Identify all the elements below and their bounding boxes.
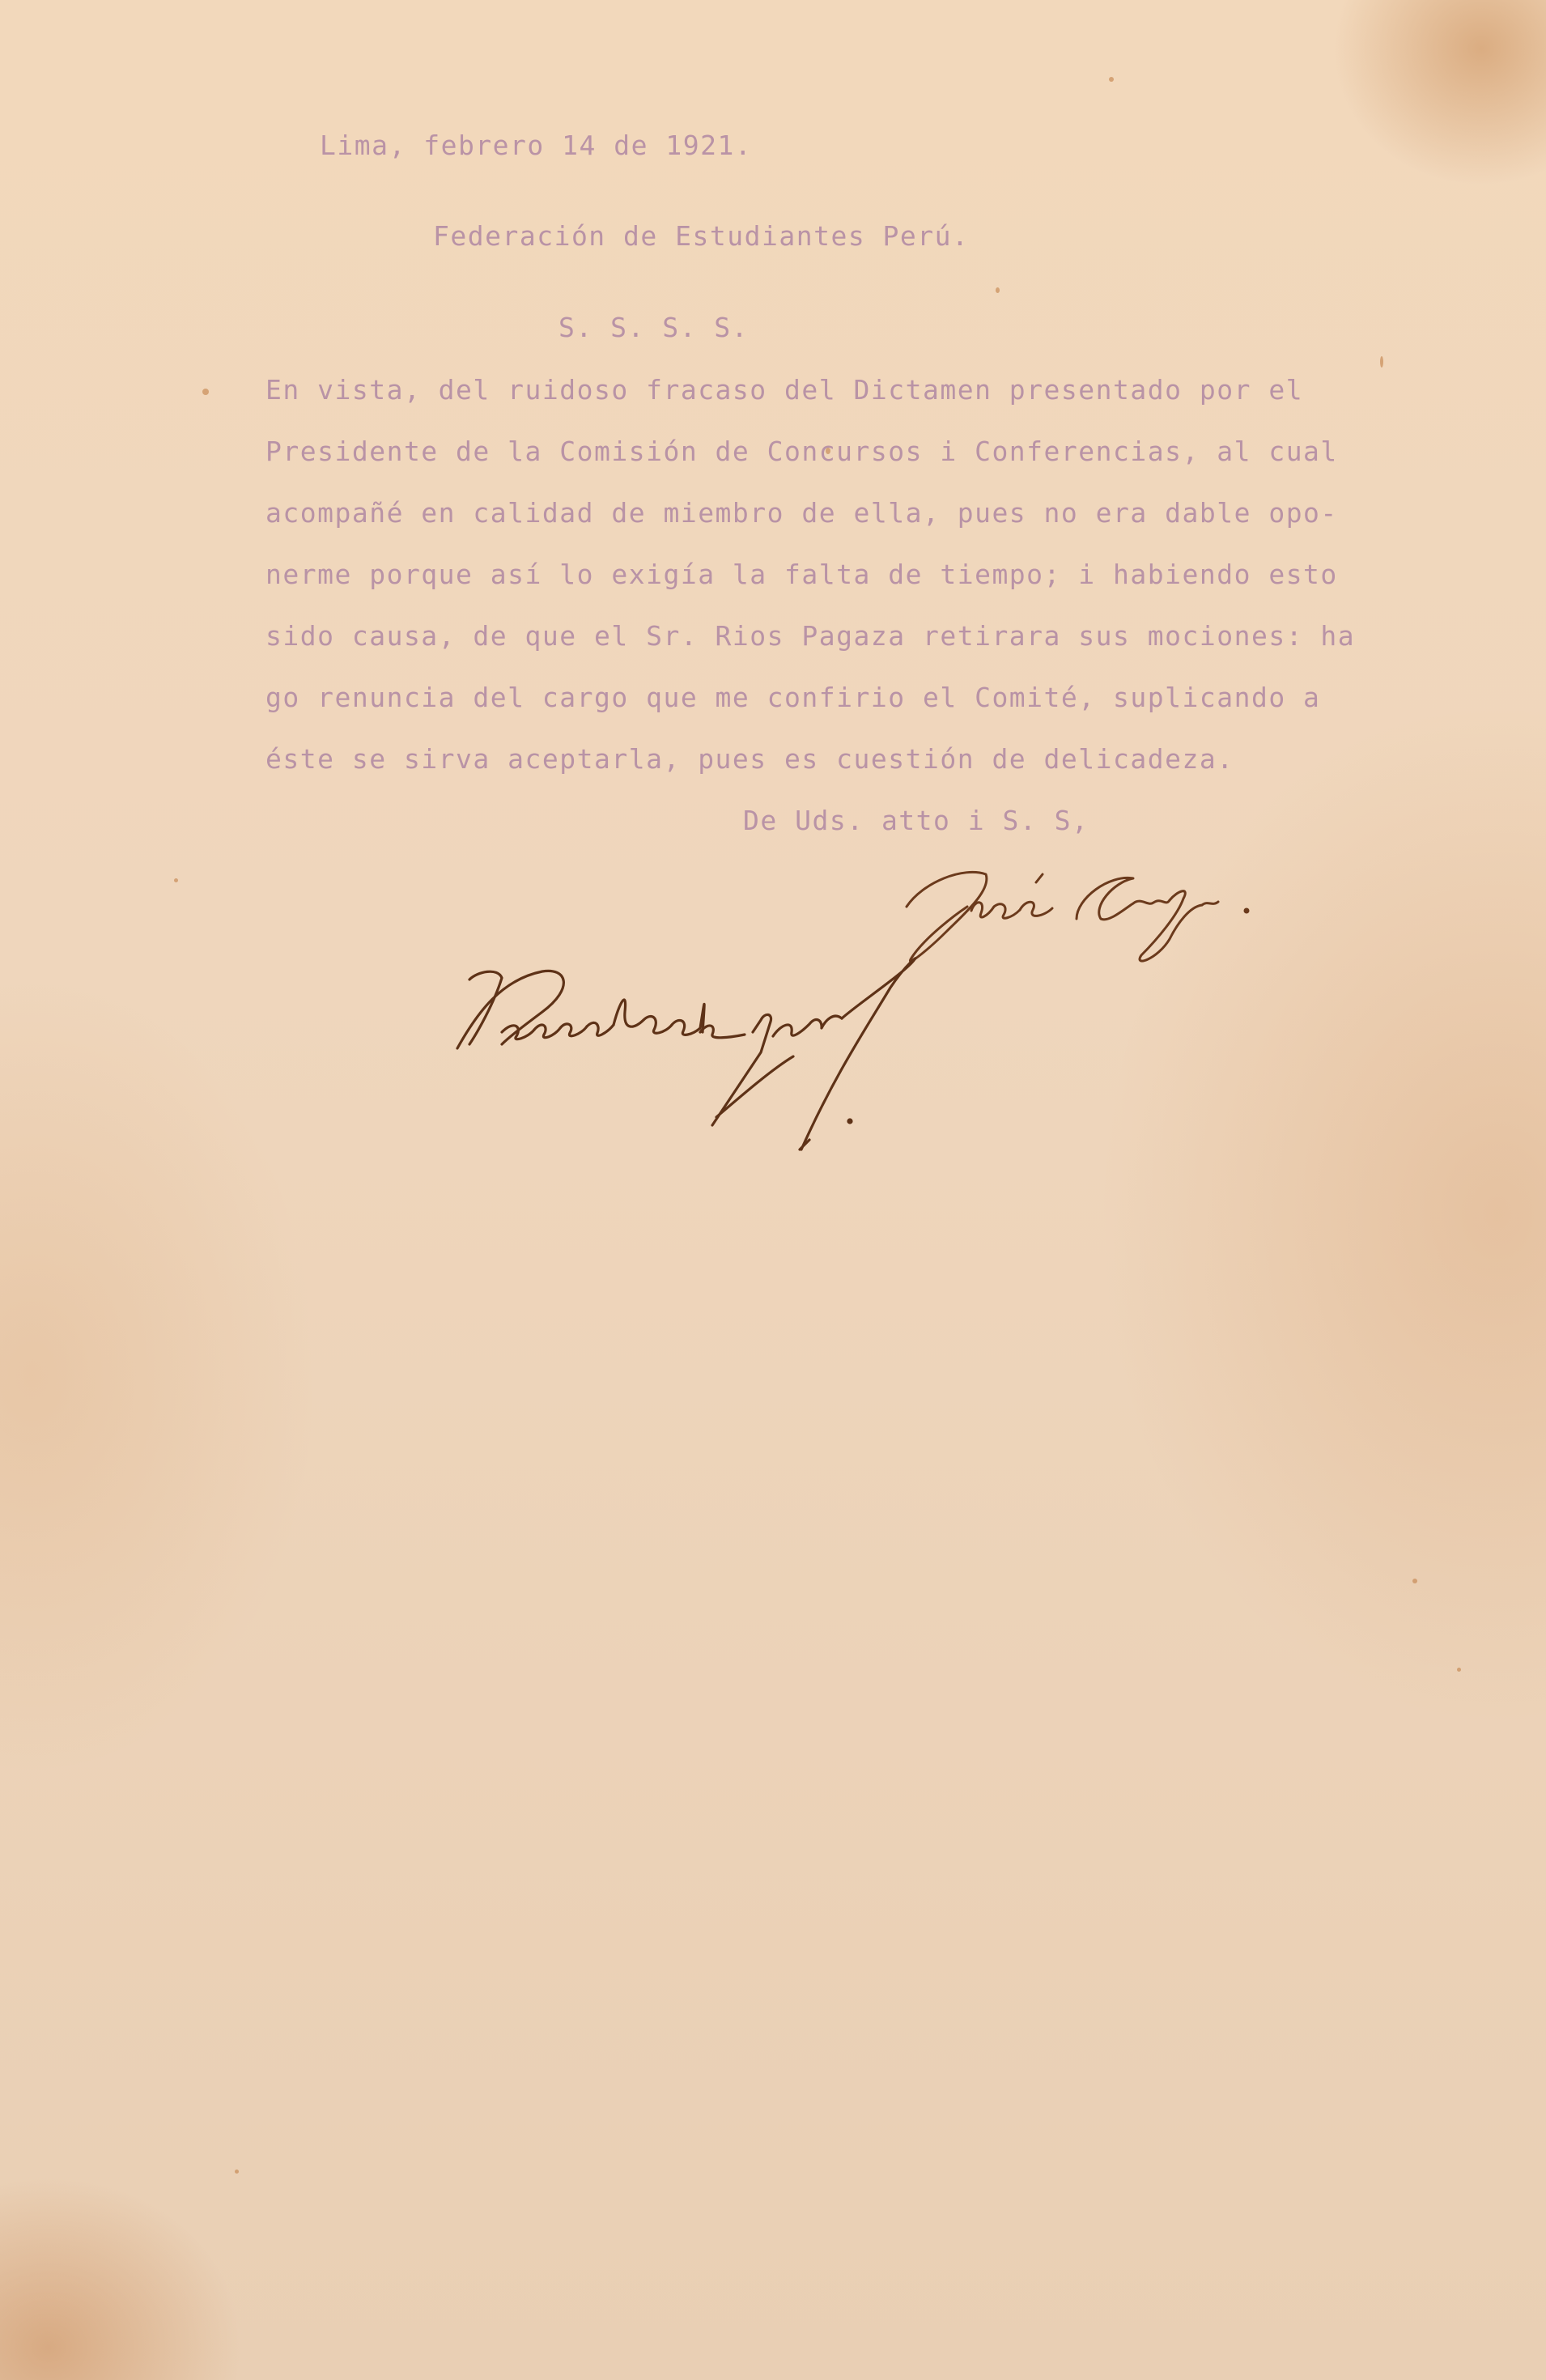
foxing-spot xyxy=(1457,1668,1461,1672)
foxing-spot xyxy=(1380,356,1383,368)
closing-line: De Uds. atto i S. S, xyxy=(743,805,1089,836)
body-line: Presidente de la Comisión de Concursos i… xyxy=(265,436,1338,467)
body-line: éste se sirva aceptarla, pues es cuestió… xyxy=(265,743,1234,775)
foxing-spot xyxy=(202,389,209,395)
foxing-spot xyxy=(1109,77,1114,82)
body-line: En vista, del ruidoso fracaso del Dictam… xyxy=(265,374,1303,406)
author-signature xyxy=(890,850,1279,971)
foxing-spot xyxy=(826,448,830,454)
annotation-signature xyxy=(453,955,979,1190)
addressee: Federación de Estudiantes Perú. xyxy=(433,220,969,252)
foxing-spot xyxy=(235,2170,239,2174)
salutation: S. S. S. S. xyxy=(559,312,749,343)
body-line: sido causa, de que el Sr. Rios Pagaza re… xyxy=(265,620,1355,652)
body-line: nerme porque así lo exigía la falta de t… xyxy=(265,559,1338,590)
foxing-spot xyxy=(1412,1579,1417,1583)
body-line: acompañé en calidad de miembro de ella, … xyxy=(265,497,1338,529)
letter-page: Lima, febrero 14 de 1921. Federación de … xyxy=(0,0,1546,2380)
date-line: Lima, febrero 14 de 1921. xyxy=(320,130,752,161)
body-line: go renuncia del cargo que me confirio el… xyxy=(265,682,1320,713)
foxing-spot xyxy=(174,878,178,882)
foxing-spot xyxy=(996,287,1000,293)
